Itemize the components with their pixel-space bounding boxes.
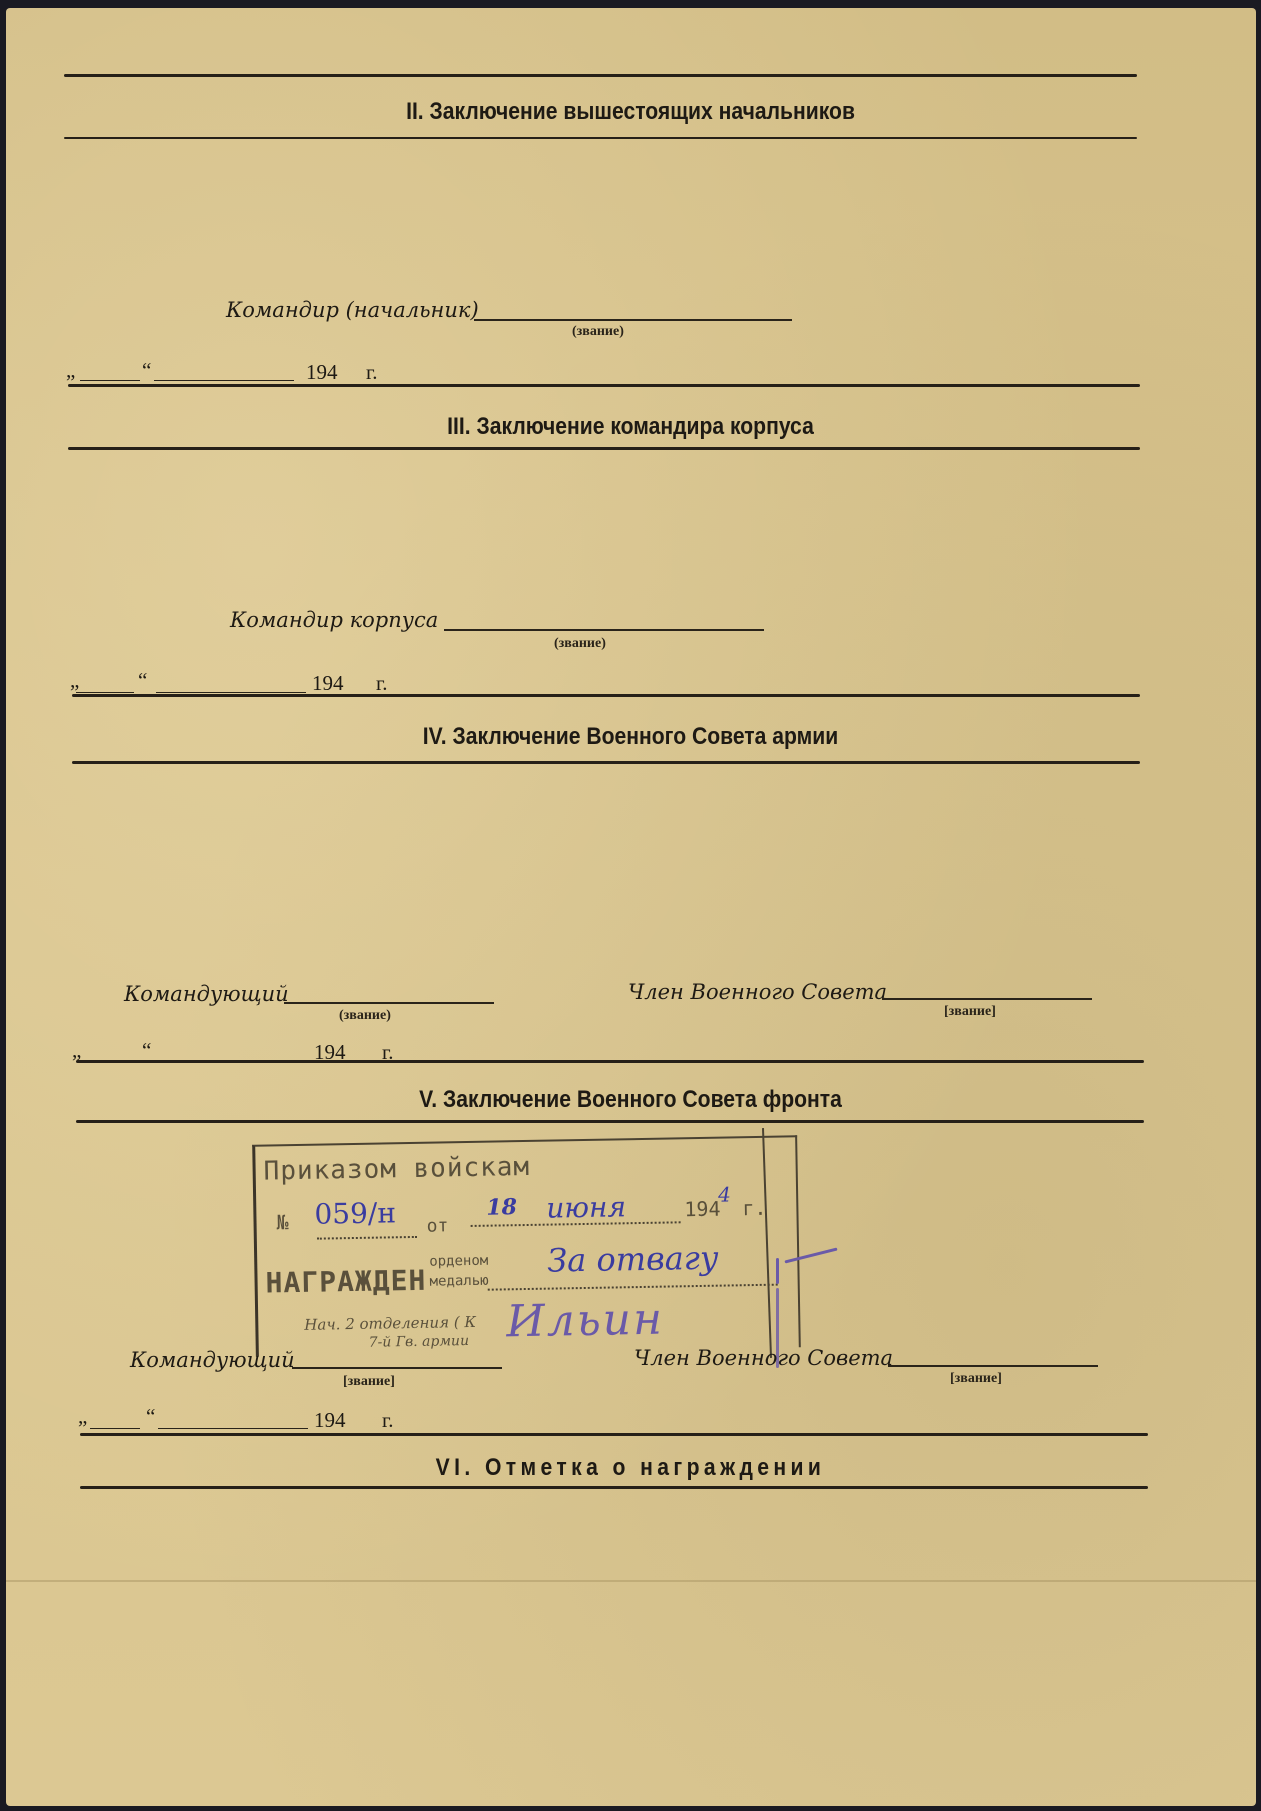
date-open-quote: „	[70, 668, 79, 693]
stamp-number-field	[317, 1236, 417, 1240]
military-council-member-label: Член Военного Совета	[634, 1346, 893, 1370]
stamp-from-label: от	[426, 1215, 448, 1236]
stamp-year-printed: 194	[684, 1197, 721, 1222]
date-year-prefix: 194	[312, 671, 344, 696]
section-divider	[64, 137, 1137, 139]
military-council-member-label: Член Военного Совета	[628, 980, 887, 1004]
section-divider	[80, 1433, 1148, 1436]
section-divider	[72, 761, 1140, 764]
stamp-order-line: Приказом войскам	[263, 1152, 530, 1187]
section-divider	[64, 74, 1137, 77]
rank-caption: [звание]	[950, 1371, 1002, 1387]
date-day-field	[80, 380, 140, 381]
date-day-field	[90, 1428, 140, 1429]
section-divider	[80, 1486, 1148, 1489]
date-year-suffix: г.	[366, 360, 378, 385]
rank-signature-line	[284, 1002, 494, 1004]
signature-flourish-stroke	[776, 1258, 779, 1284]
stamp-awarded-medal: медалью	[429, 1273, 488, 1290]
date-month-field	[154, 380, 294, 381]
rank-signature-line	[474, 319, 792, 321]
stamp-number-label: №	[276, 1210, 288, 1234]
rank-caption: (звание)	[572, 324, 624, 340]
army-commander-label: Командующий	[124, 982, 289, 1006]
date-month-field	[156, 692, 306, 693]
section-ii-heading: II. Заключение вышестоящих начальников	[76, 98, 1186, 126]
stamp-official-title: Нач. 2 отделения ( К	[304, 1313, 476, 1334]
stamp-year-suffix: г.	[742, 1196, 767, 1220]
award-order-stamp: Приказом войскам № 059/н от 18 июня 194 …	[252, 1135, 801, 1356]
date-close-quote: “	[138, 668, 147, 693]
award-sheet-page: II. Заключение вышестоящих начальников К…	[6, 8, 1256, 1806]
date-year-prefix: 194	[306, 360, 338, 385]
section-divider	[68, 447, 1140, 450]
corps-commander-label: Командир корпуса	[230, 608, 438, 632]
section-divider	[76, 1060, 1144, 1063]
rank-signature-line	[292, 1367, 502, 1369]
date-close-quote: “	[146, 1404, 155, 1429]
stamp-award-name: За отвагу	[547, 1239, 719, 1280]
section-v-heading: V. Заключение Военного Совета фронта	[76, 1086, 1186, 1114]
stamp-signature: Ильин	[506, 1294, 665, 1348]
section-iii-heading: III. Заключение командира корпуса	[76, 413, 1186, 441]
stamp-year-handwritten: 4	[718, 1182, 731, 1206]
rank-signature-line	[444, 629, 764, 631]
date-year-suffix: г.	[382, 1408, 394, 1433]
commander-label: Командир (начальник)	[226, 298, 479, 322]
stamp-order-number: 059/н	[314, 1196, 396, 1230]
rank-signature-line	[882, 998, 1092, 1000]
section-divider	[76, 1120, 1144, 1123]
stamp-date-field	[471, 1221, 681, 1227]
stamp-awarded-label: НАГРАЖДЕН	[265, 1264, 426, 1300]
date-open-quote: „	[78, 1404, 87, 1429]
stamp-awarded-order: орденом	[429, 1253, 488, 1270]
date-year-prefix: 194	[314, 1408, 346, 1433]
section-vi-heading: VI. Отметка о награждении	[76, 1454, 1186, 1482]
date-day-field	[76, 692, 134, 693]
rank-caption: [звание]	[343, 1374, 395, 1390]
rank-caption: [звание]	[944, 1004, 996, 1020]
rank-caption: (звание)	[339, 1008, 391, 1024]
section-divider	[68, 384, 1140, 387]
rank-signature-line	[888, 1365, 1098, 1367]
section-divider	[72, 694, 1140, 697]
date-year-suffix: г.	[376, 671, 388, 696]
section-iv-heading: IV. Заключение Военного Совета армии	[76, 723, 1186, 751]
stamp-award-field	[488, 1284, 778, 1291]
rank-caption: (звание)	[554, 636, 606, 652]
date-close-quote: “	[142, 358, 151, 383]
stamp-day: 18	[486, 1194, 517, 1221]
stamp-official-unit: 7-й Гв. армии	[369, 1333, 470, 1351]
date-open-quote: „	[66, 358, 75, 383]
stamp-month: июня	[546, 1190, 626, 1224]
paper-fold-crease	[6, 1580, 1256, 1582]
date-month-field	[158, 1428, 308, 1429]
front-commander-label: Командующий	[130, 1348, 295, 1372]
